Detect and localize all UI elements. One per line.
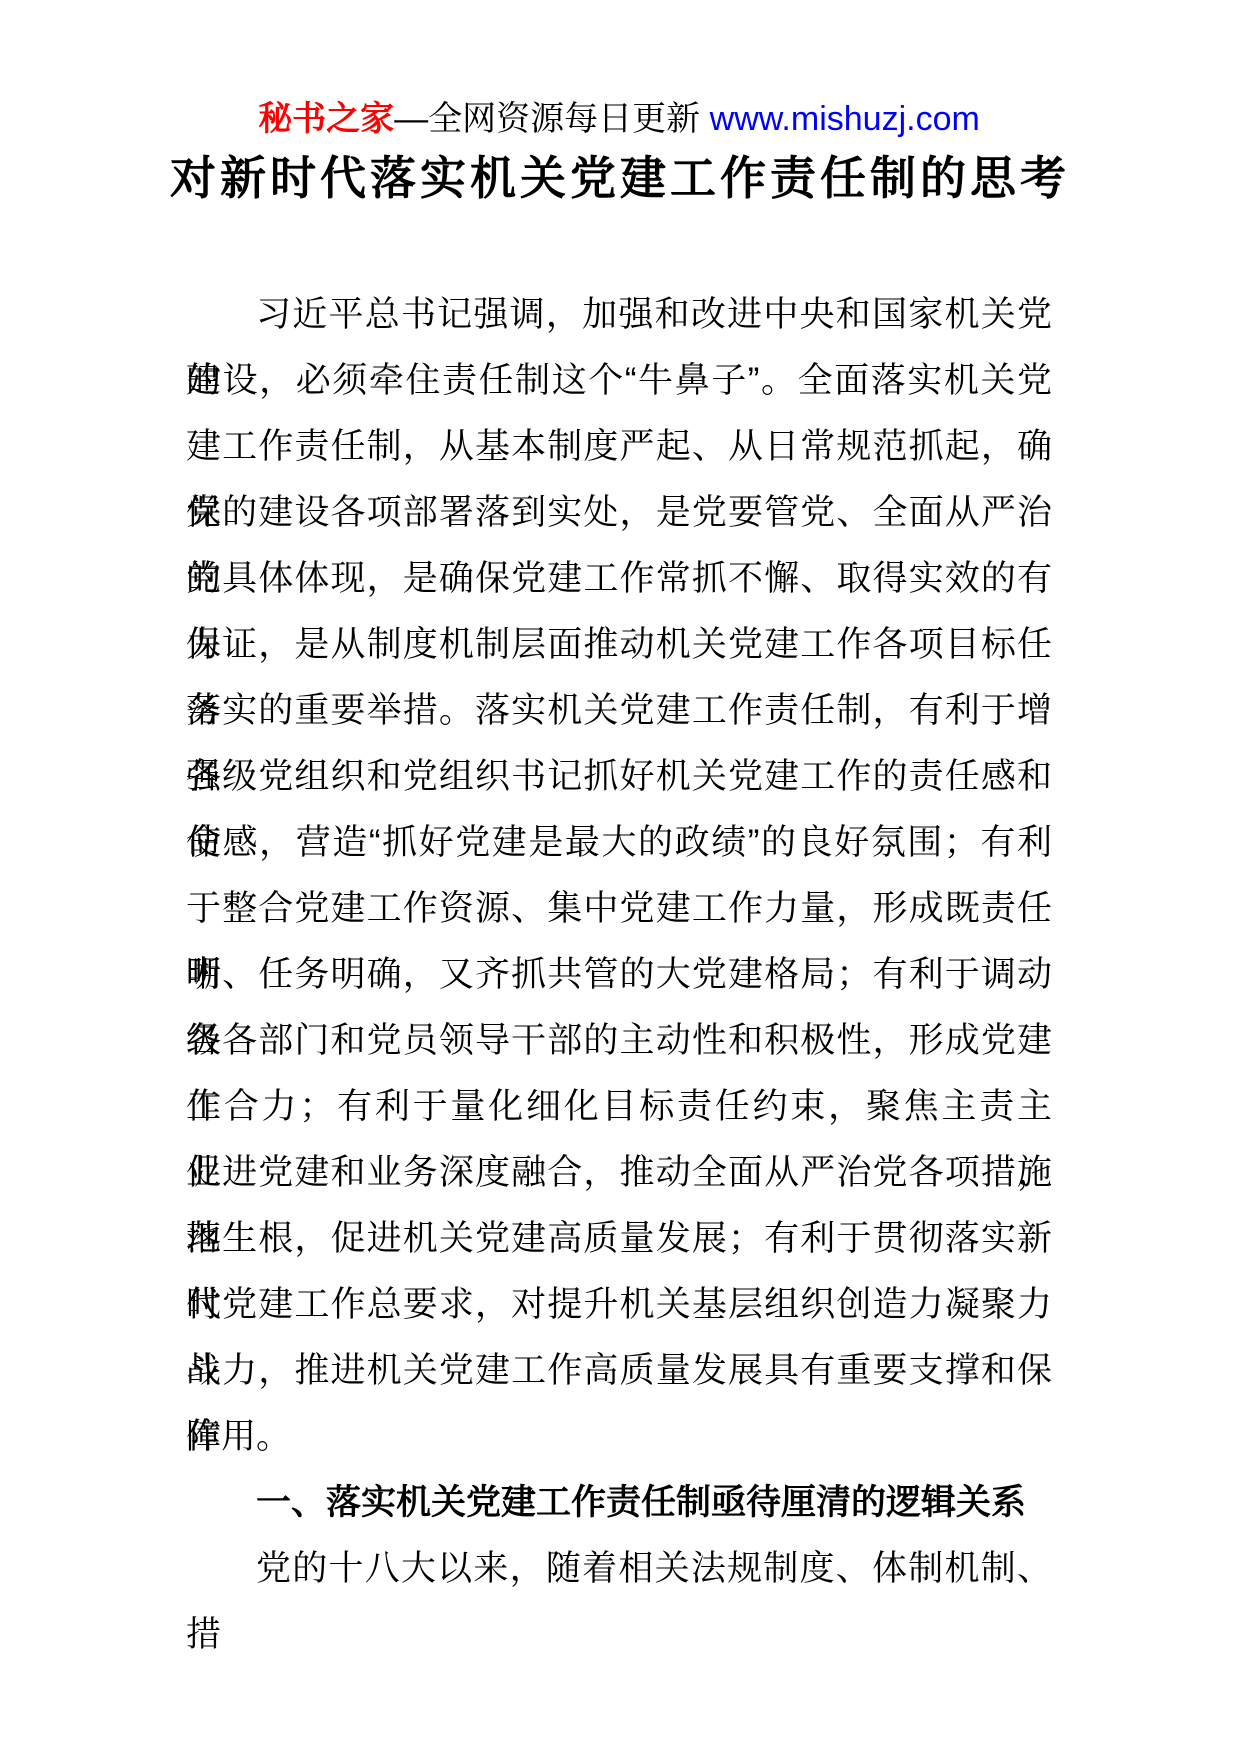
body-text-line: 代党建工作总要求，对提升机关基层组织创造力凝聚力战 [186, 1272, 1052, 1338]
document-title: 对新时代落实机关党建工作责任制的思考 [103, 150, 1137, 206]
body-text-line: 习近平总书记强调，加强和改进中央和国家机关党的 [186, 282, 1052, 348]
body-text-line: 斗力，推进机关党建工作高质量发展具有重要支撑和保障 [186, 1338, 1052, 1404]
body-text-line: 各级党组织和党组织书记抓好机关党建工作的责任感和使 [186, 744, 1052, 810]
body-text-line: 落实的重要举措。落实机关党建工作责任制，有利于增强 [186, 678, 1052, 744]
body-text-line: 促进党建和业务深度融合，推动全面从严治党各项措施落 [186, 1140, 1052, 1206]
body-text-line: 作用。 [186, 1404, 1052, 1470]
body-text-line: 作合力；有利于量化细化目标责任约束，聚焦主责主业， [186, 1074, 1052, 1140]
site-url[interactable]: www.mishuzj.com [710, 100, 980, 138]
body-text-line: 于整合党建工作资源、集中党建工作力量，形成既责任明 [186, 876, 1052, 942]
document-page: 秘书之家—全网资源每日更新 www.mishuzj.com 对新时代落实机关党建… [0, 0, 1240, 1754]
body-text-line: 的具体体现，是确保党建工作常抓不懈、取得实效的有力 [186, 546, 1052, 612]
site-brand: 秘书之家 [258, 100, 394, 138]
site-tagline: —全网资源每日更新 [394, 100, 709, 138]
body-text-line: 党的十八大以来，随着相关法规制度、体制机制、措 [186, 1536, 1052, 1602]
body-text-line: 保证，是从制度机制层面推动机关党建工作各项目标任务 [186, 612, 1052, 678]
document-body: 习近平总书记强调，加强和改进中央和国家机关党的建设，必须牵住责任制这个“牛鼻子”… [186, 282, 1052, 1602]
site-header: 秘书之家—全网资源每日更新 www.mishuzj.com [186, 97, 1052, 141]
body-text-line: 建设，必须牵住责任制这个“牛鼻子”。全面落实机关党 [186, 348, 1052, 414]
body-text-line: 地生根，促进机关党建高质量发展；有利于贯彻落实新时 [186, 1206, 1052, 1272]
body-text-line: 晰、任务明确，又齐抓共管的大党建格局；有利于调动各 [186, 942, 1052, 1008]
section-heading-line: 一、落实机关党建工作责任制亟待厘清的逻辑关系 [186, 1470, 1052, 1536]
body-text-line: 党的建设各项部署落到实处，是党要管党、全面从严治党 [186, 480, 1052, 546]
body-text-line: 建工作责任制，从基本制度严起、从日常规范抓起，确保 [186, 414, 1052, 480]
body-text-line: 命感，营造“抓好党建是最大的政绩”的良好氛围；有利 [186, 810, 1052, 876]
body-text-line: 级各部门和党员领导干部的主动性和积极性，形成党建工 [186, 1008, 1052, 1074]
